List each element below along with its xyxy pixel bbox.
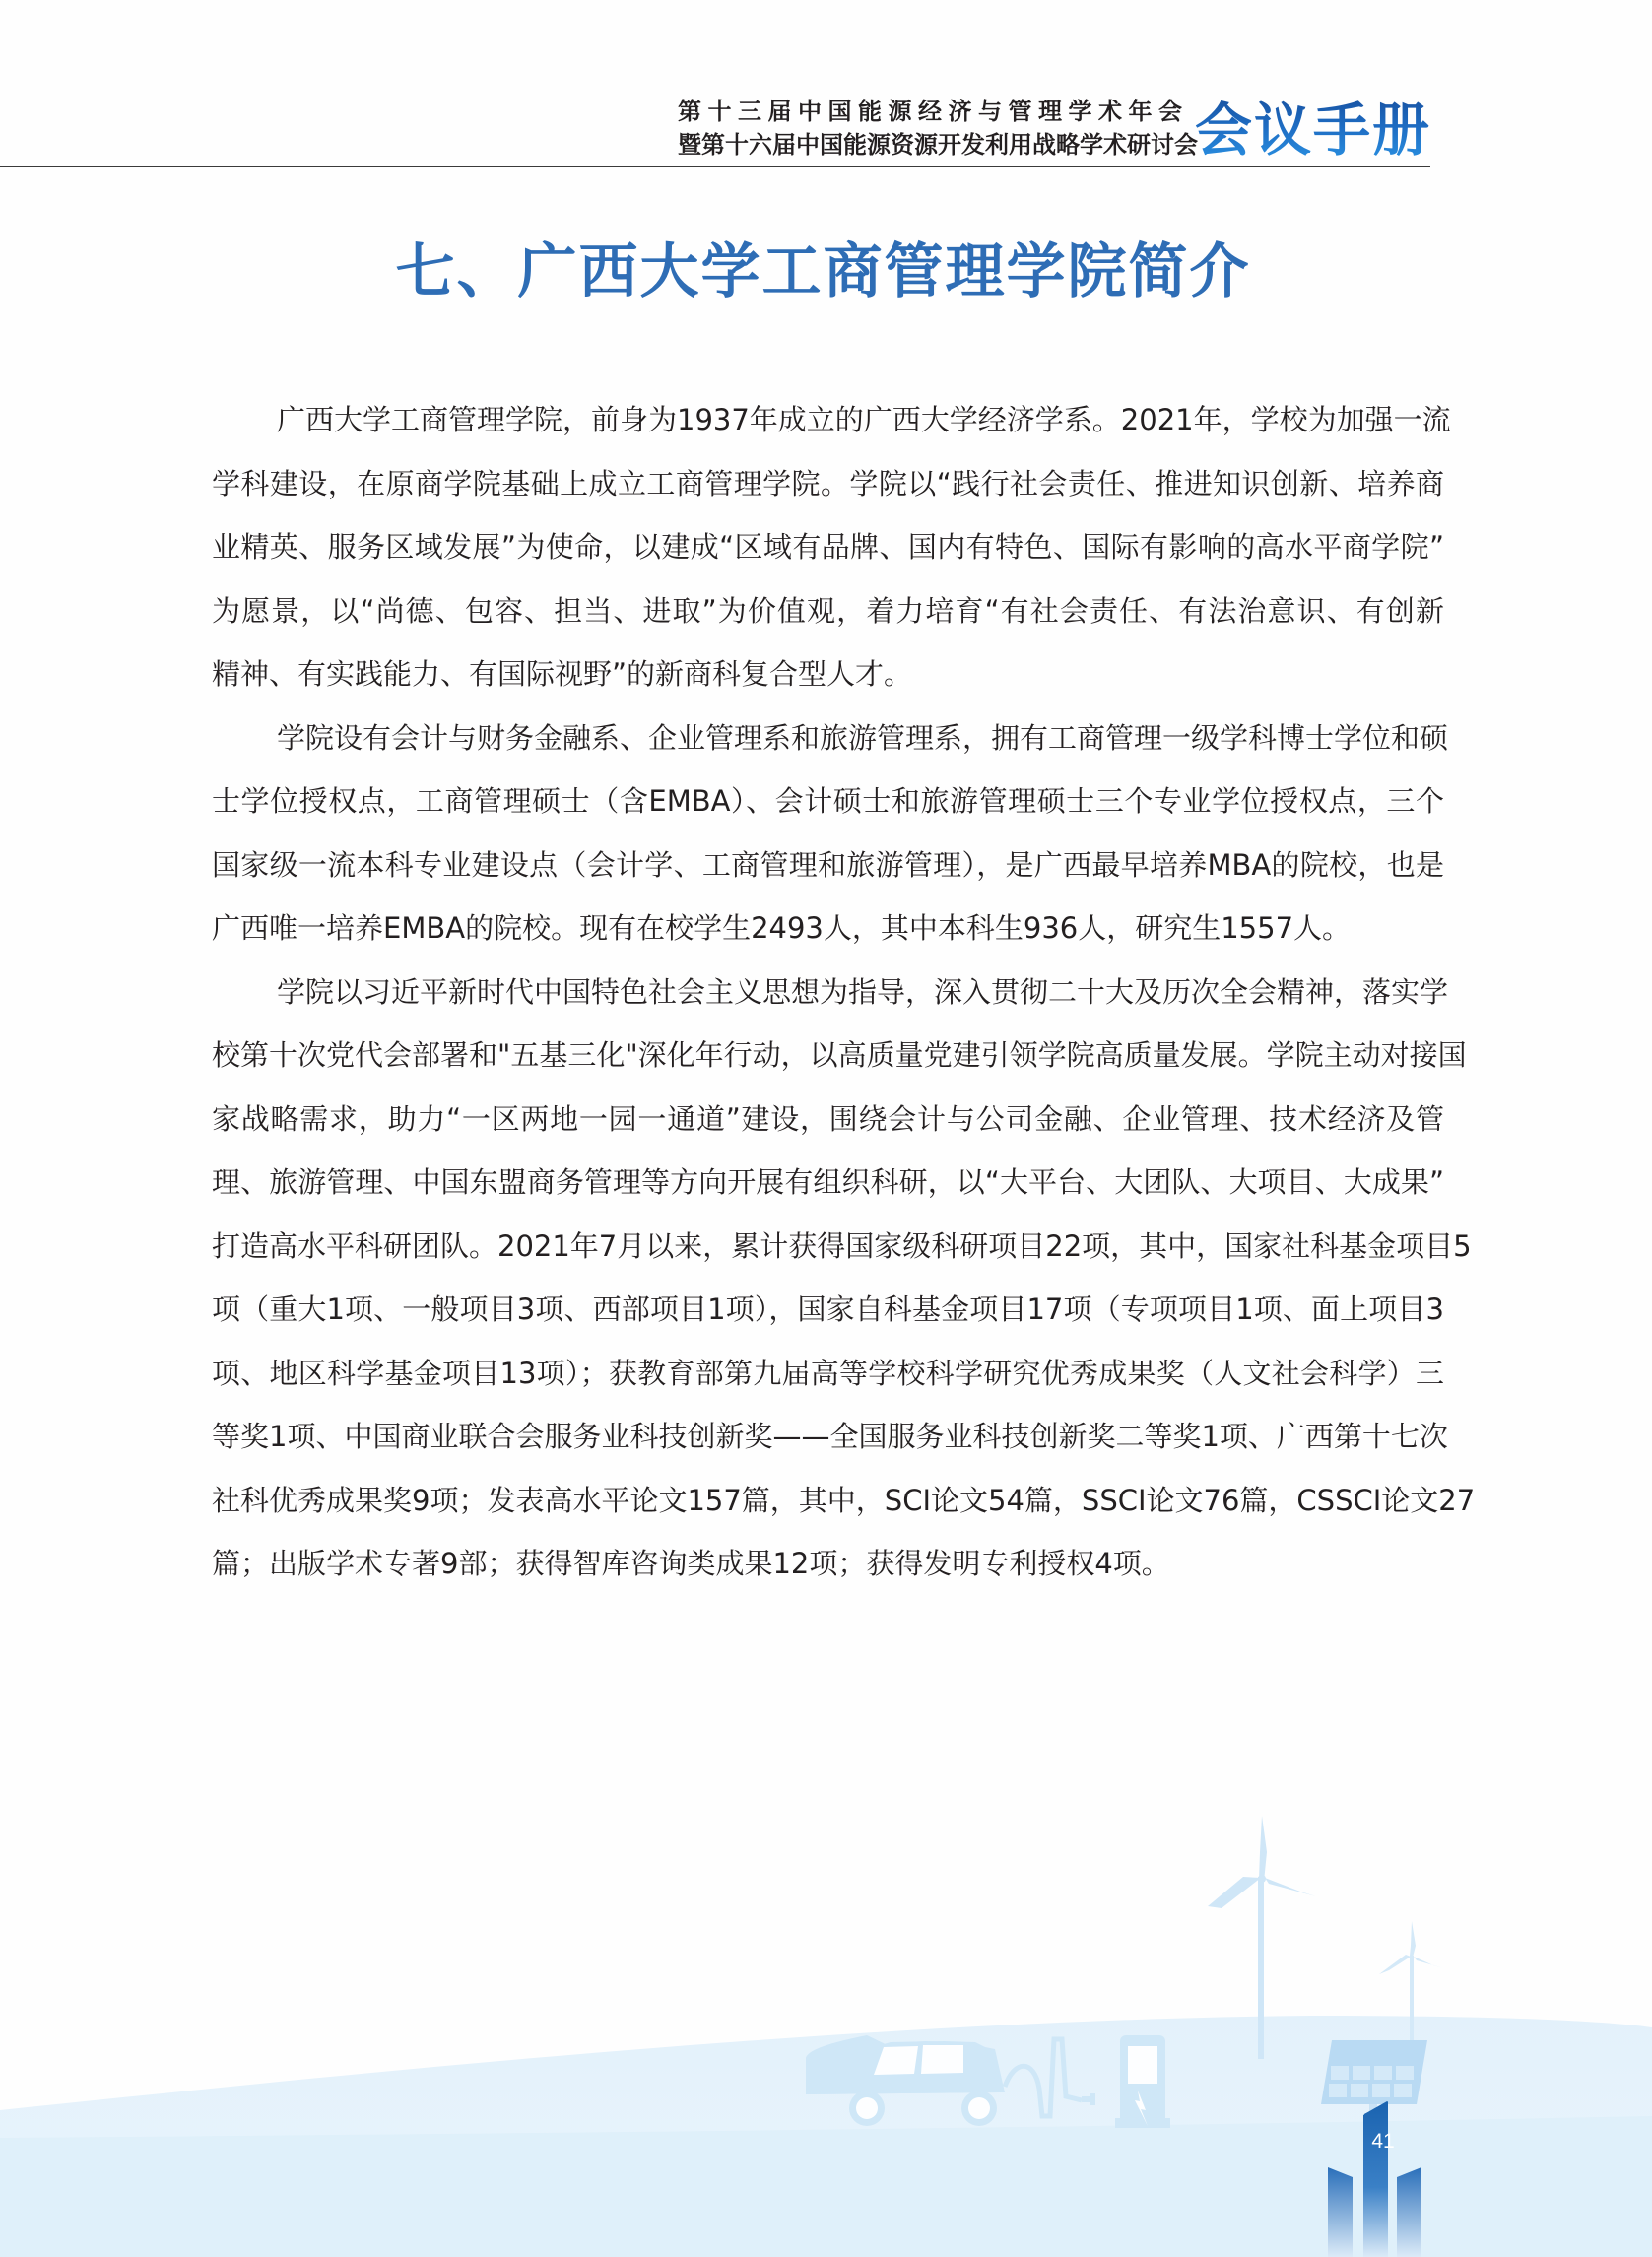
text-line: 为愿景，以“尚德、包容、担当、进取”为价值观，着力培育“有社会责任、有法治意识、… <box>212 587 1444 651</box>
text-line: 广西唯一培养EMBA的院校。现有在校学生2493人，其中本科生936人，研究生1… <box>212 904 1444 968</box>
text-line: 士学位授权点，工商管理硕士（含EMBA）、会计硕士和旅游管理硕士三个专业学位授权… <box>212 777 1444 841</box>
conference-name-line2: 暨第十六届中国能源资源开发利用战略学术研讨会 <box>678 131 1182 159</box>
text-line: 家战略需求，助力“一区两地一园一通道”建设，围绕会计与公司金融、企业管理、技术经… <box>212 1095 1444 1160</box>
conference-name-line1: 第十三届中国能源经济与管理学术年会 <box>678 98 1182 125</box>
header-divider <box>0 166 1430 167</box>
page-title: 七、广西大学工商管理学院简介 <box>396 232 1251 311</box>
handbook-brand-title: 会议手册 <box>1195 95 1431 166</box>
text-line: 精神、有实践能力、有国际视野”的新商科复合型人才。 <box>212 650 1444 714</box>
text-line: 篇；出版学术专著9部；获得智库咨询类成果12项；获得发明专利授权4项。 <box>212 1540 1444 1604</box>
paragraph-2: 学院设有会计与财务金融系、企业管理系和旅游管理系，拥有工商管理一级学科博士学位和… <box>212 714 1444 968</box>
text-line: 打造高水平科研团队。2021年7月以来，累计获得国家级科研项目22项，其中，国家… <box>212 1223 1444 1287</box>
text-line: 广西大学工商管理学院，前身为1937年成立的广西大学经济学系。2021年，学校为… <box>212 396 1444 460</box>
paragraph-3: 学院以习近平新时代中国特色社会主义思想为指导，深入贯彻二十大及历次全会精神，落实… <box>212 968 1444 1604</box>
page-title-wrap: 七、广西大学工商管理学院简介 <box>0 232 1652 311</box>
text-line: 国家级一流本科专业建设点（会计学、工商管理和旅游管理），是广西最早培养MBA的院… <box>212 841 1444 905</box>
paragraph-1: 广西大学工商管理学院，前身为1937年成立的广西大学经济学系。2021年，学校为… <box>212 396 1444 714</box>
page-number: 41 <box>1366 2130 1400 2154</box>
body-text: 广西大学工商管理学院，前身为1937年成立的广西大学经济学系。2021年，学校为… <box>212 396 1444 1604</box>
text-line: 项、地区科学基金项目13项）；获教育部第九届高等学校科学研究优秀成果奖（人文社会… <box>212 1350 1444 1414</box>
text-line: 等奖1项、中国商业联合会服务业科技创新奖——全国服务业科技创新奖二等奖1项、广西… <box>212 1413 1444 1477</box>
text-line: 学科建设，在原商学院基础上成立工商管理学院。学院以“践行社会责任、推进知识创新、… <box>212 460 1444 524</box>
text-line: 校第十次党代会部署和"五基三化"深化年行动，以高质量党建引领学院高质量发展。学院… <box>212 1031 1444 1095</box>
energy-landscape-illustration <box>0 1773 1652 2257</box>
text-line: 学院以习近平新时代中国特色社会主义思想为指导，深入贯彻二十大及历次全会精神，落实… <box>212 968 1444 1032</box>
text-line: 理、旅游管理、中国东盟商务管理等方向开展有组织科研，以“大平台、大团队、大项目、… <box>212 1159 1444 1223</box>
text-line: 学院设有会计与财务金融系、企业管理系和旅游管理系，拥有工商管理一级学科博士学位和… <box>212 714 1444 778</box>
text-line: 业精英、服务区域发展”为使命，以建成“区域有品牌、国内有特色、国际有影响的高水平… <box>212 523 1444 587</box>
text-line: 社科优秀成果奖9项；发表高水平论文157篇，其中，SCI论文54篇，SSCI论文… <box>212 1477 1444 1541</box>
text-line: 项（重大1项、一般项目3项、西部项目1项），国家自科基金项目17项（专项项目1项… <box>212 1286 1444 1350</box>
